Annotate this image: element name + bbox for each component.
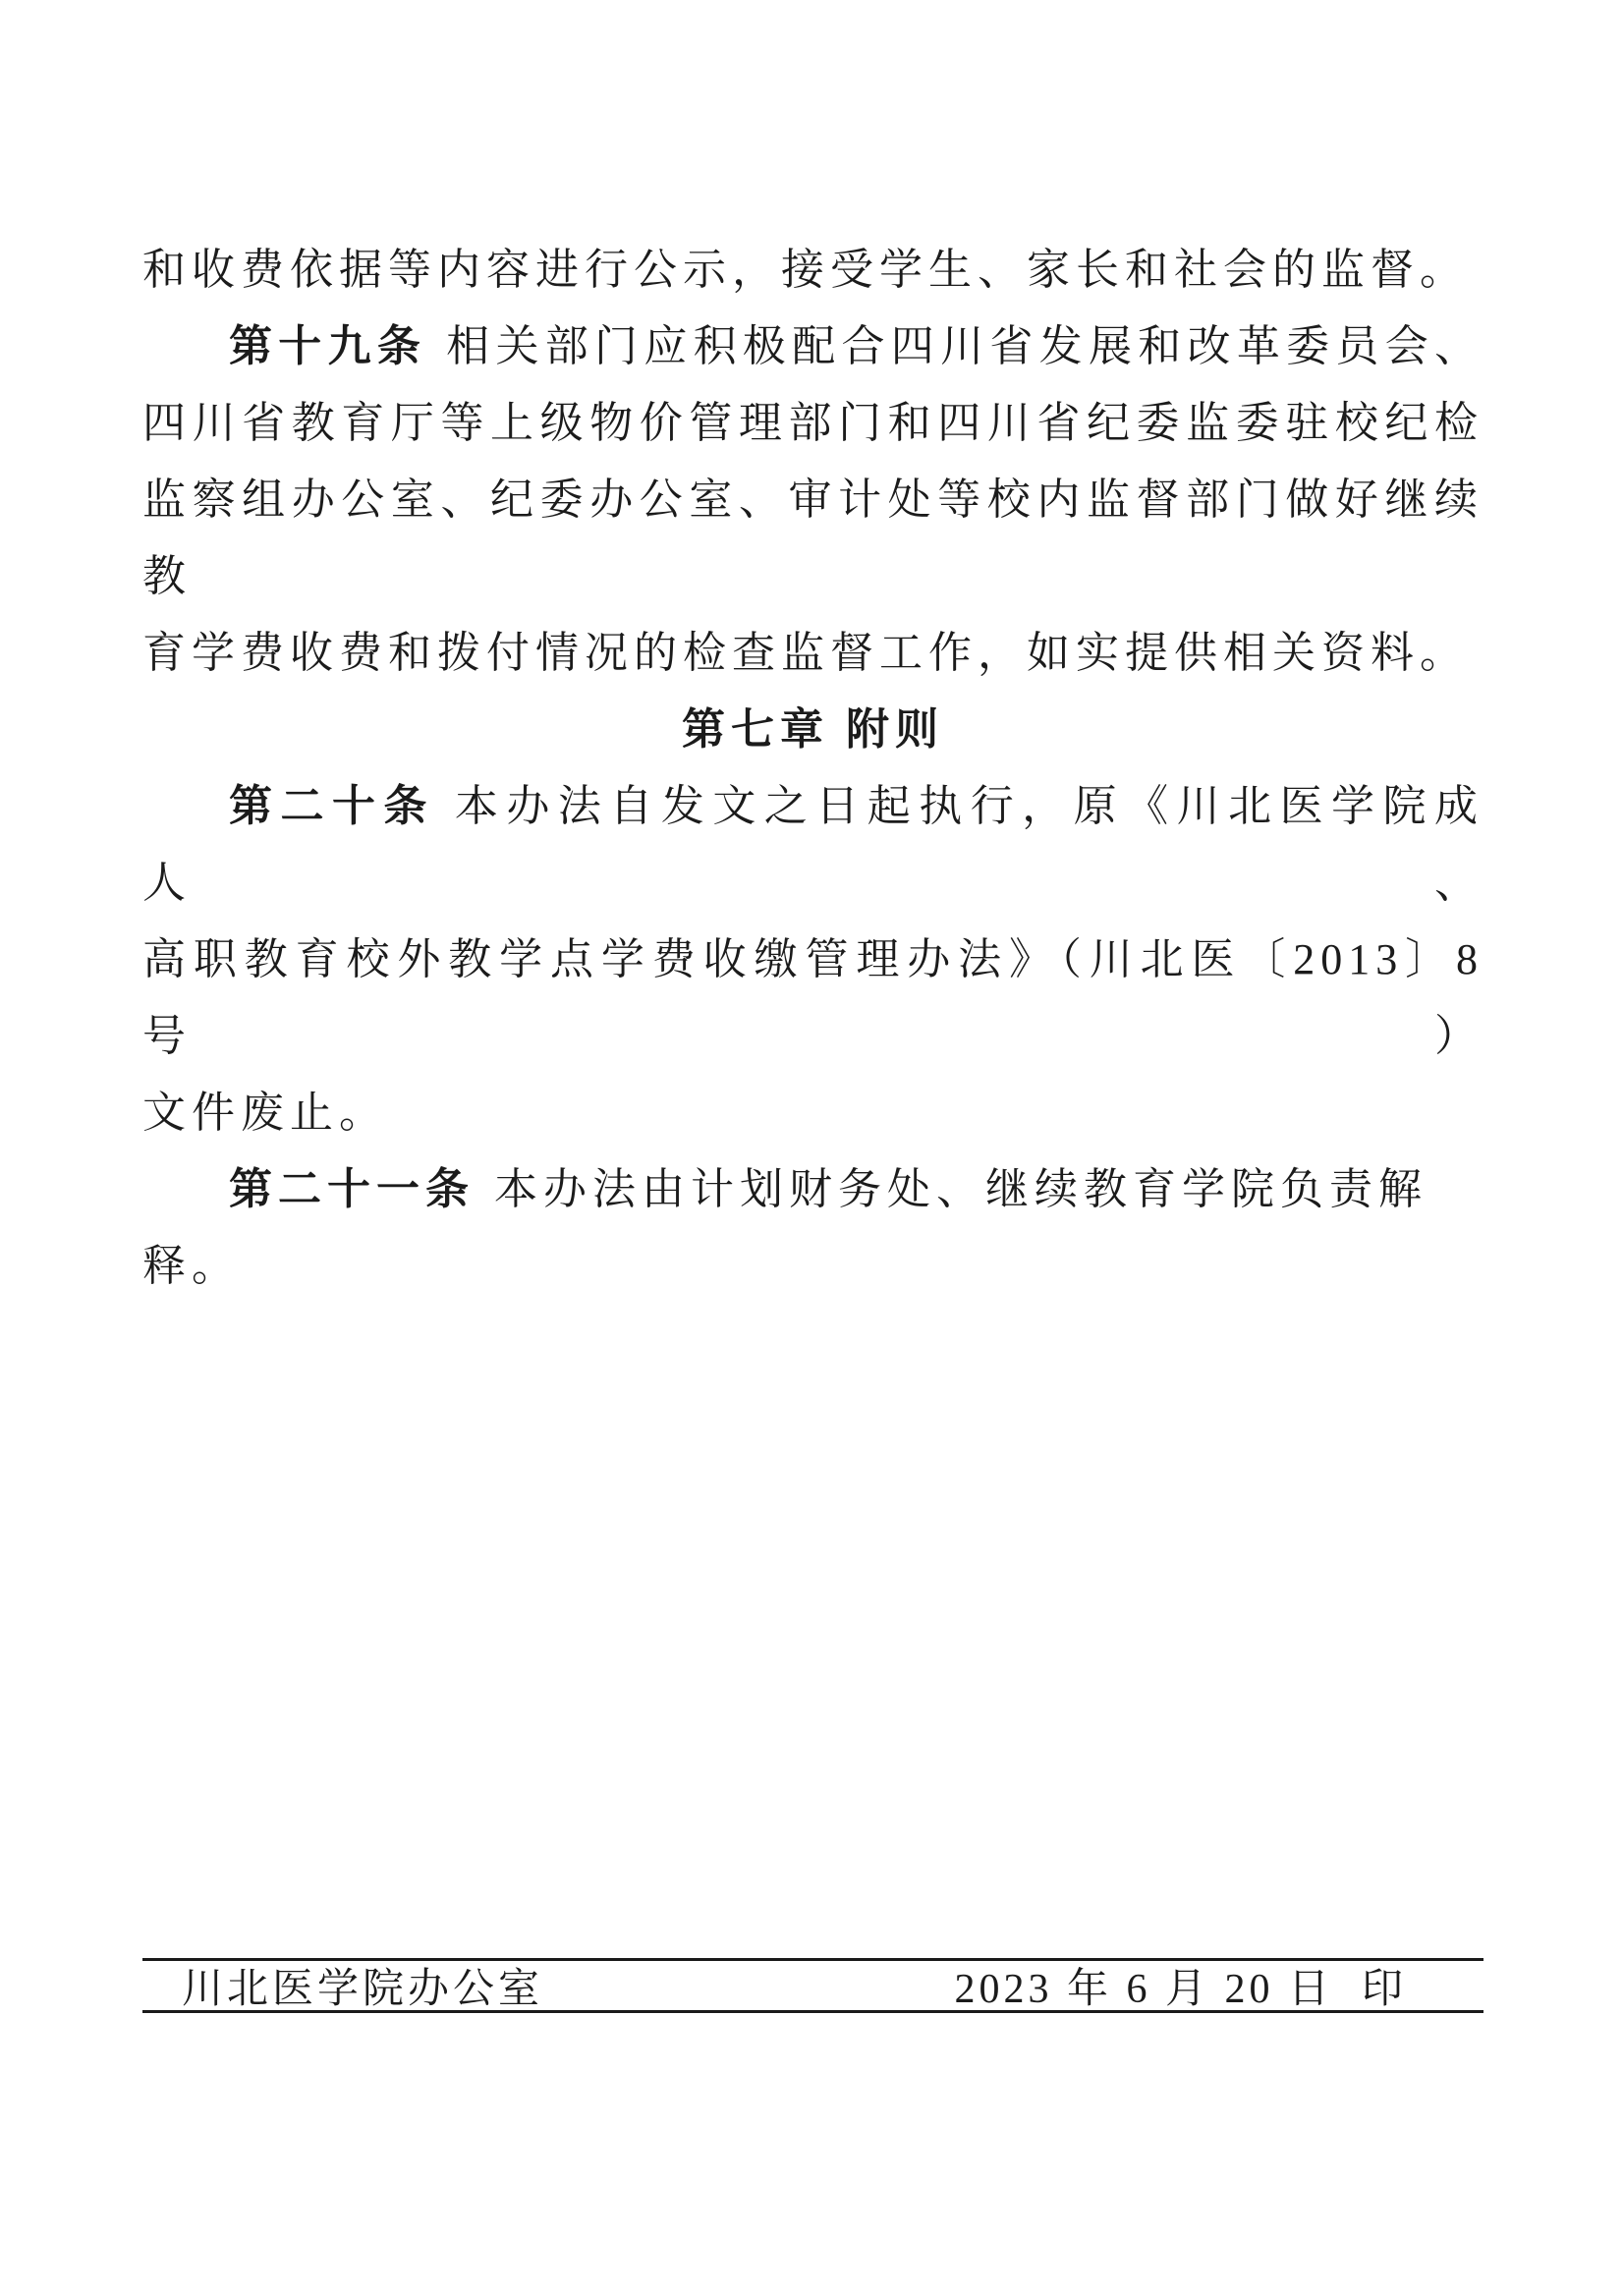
text-line: 第二十一条本办法由计划财务处、继续教育学院负责解释。: [142, 1151, 1483, 1305]
footer-issuing-office: 川北医学院办公室: [182, 1956, 543, 2015]
footer-print-date: 2023 年 6 月 20 日 印: [954, 1956, 1407, 2015]
article-number: 第二十条: [229, 782, 435, 830]
document-page: 和收费依据等内容进行公示，接受学生、家长和社会的监督。第十九条相关部门应积极配合…: [0, 0, 1623, 2296]
text-line: 文件废止。: [142, 1075, 1483, 1151]
document-lines: 和收费依据等内容进行公示，接受学生、家长和社会的监督。第十九条相关部门应积极配合…: [142, 232, 1483, 1305]
text-line: 和收费依据等内容进行公示，接受学生、家长和社会的监督。: [142, 232, 1483, 308]
text-line: 第二十条本办法自发文之日起执行，原《川北医学院成人、: [142, 768, 1483, 922]
text-line: 第十九条相关部门应积极配合四川省发展和改革委员会、: [142, 308, 1483, 385]
chapter-heading: 第七章 附则: [142, 692, 1483, 768]
text-line: 监察组办公室、纪委办公室、审计处等校内监督部门做好继续教: [142, 462, 1483, 615]
text-line: 育学费收费和拨付情况的检查监督工作，如实提供相关资料。: [142, 615, 1483, 692]
text-line: 高职教育校外教学点学费收缴管理办法》（川北医〔2013〕8 号）: [142, 922, 1483, 1075]
article-number: 第二十一条: [229, 1165, 475, 1213]
article-number: 第十九条: [229, 322, 426, 370]
text-line: 四川省教育厅等上级物价管理部门和四川省纪委监委驻校纪检: [142, 385, 1483, 462]
footer: 川北医学院办公室 2023 年 6 月 20 日 印: [142, 1958, 1483, 2013]
